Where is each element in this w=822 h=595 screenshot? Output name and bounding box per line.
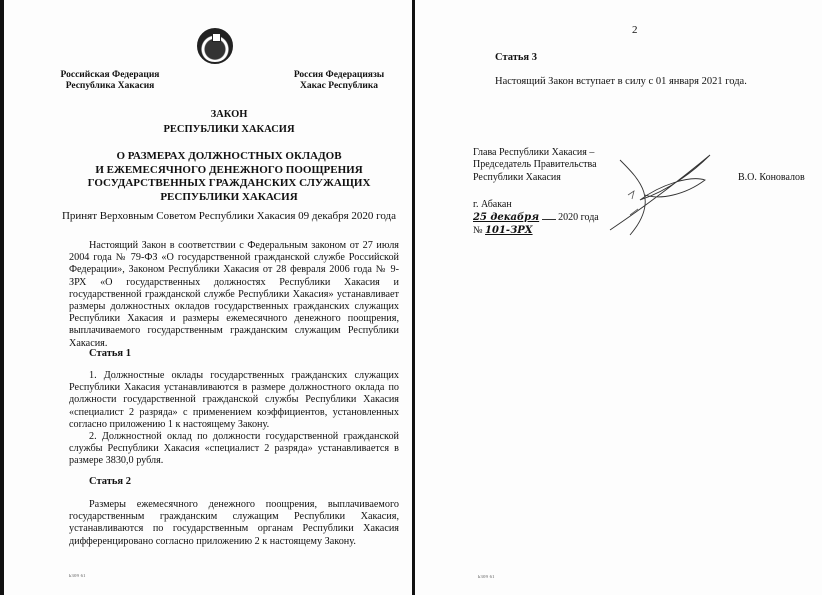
coat-of-arms-icon bbox=[197, 28, 233, 64]
footer-code-right: k309 61 bbox=[478, 574, 495, 579]
article-3-text: Настоящий Закон вступает в силу с 01 янв… bbox=[495, 76, 747, 87]
signatory-title-line: Председатель Правительства bbox=[473, 159, 597, 171]
signing-date: 25 декабря 2020 года bbox=[473, 211, 599, 224]
header-left-line2: Республика Хакасия bbox=[50, 81, 170, 92]
law-heading: ЗАКОН РЕСПУБЛИКИ ХАКАСИЯ bbox=[44, 107, 414, 137]
title-line: ГОСУДАРСТВЕННЫХ ГРАЖДАНСКИХ СЛУЖАЩИХ bbox=[44, 177, 414, 191]
title-line: О РАЗМЕРАХ ДОЛЖНОСТНЫХ ОКЛАДОВ bbox=[44, 150, 414, 164]
number-prefix: № bbox=[473, 225, 483, 236]
article-3-heading: Статья 3 bbox=[495, 52, 537, 63]
date-year: 2020 года bbox=[558, 212, 599, 223]
signing-details: г. Абакан 25 декабря 2020 года № 101-ЗРХ bbox=[473, 198, 599, 237]
header-left: Российская Федерация Республика Хакасия bbox=[50, 70, 170, 92]
signatory-title-line: Республики Хакасия bbox=[473, 172, 597, 184]
header-right: Россия Федерациязы Хакас Республика bbox=[284, 70, 394, 92]
article-2-body: Размеры ежемесячного денежного поощрения… bbox=[69, 499, 399, 548]
law-subject: РЕСПУБЛИКИ ХАКАСИЯ bbox=[44, 122, 414, 137]
adoption-note: Принят Верховным Советом Республики Хака… bbox=[44, 210, 414, 222]
signing-city: г. Абакан bbox=[473, 198, 599, 211]
handwritten-number: 101-ЗРХ bbox=[485, 225, 533, 236]
header-right-line1: Россия Федерациязы bbox=[284, 70, 394, 81]
title-line: РЕСПУБЛИКИ ХАКАСИЯ bbox=[44, 191, 414, 205]
article-2-heading: Статья 2 bbox=[89, 476, 131, 487]
signatory-title-line: Глава Республики Хакасия – bbox=[473, 147, 597, 159]
title-line: И ЕЖЕМЕСЯЧНОГО ДЕНЕЖНОГО ПООЩРЕНИЯ bbox=[44, 164, 414, 178]
footer-code: k309 61 bbox=[69, 573, 86, 578]
document-page-1: Российская Федерация Республика Хакасия … bbox=[0, 0, 412, 595]
preamble: Настоящий Закон в соответствии с Федерал… bbox=[69, 240, 399, 350]
header-right-line2: Хакас Республика bbox=[284, 81, 394, 92]
article-1-item-2: 2. Должностной оклад по должности госуда… bbox=[69, 431, 399, 468]
law-number: № 101-ЗРХ bbox=[473, 224, 599, 237]
signatory-name: В.О. Коновалов bbox=[738, 172, 805, 183]
article-1-item-1: 1. Должностные оклады государственных гр… bbox=[69, 370, 399, 431]
document-page-2 bbox=[415, 0, 822, 595]
law-label: ЗАКОН bbox=[44, 107, 414, 122]
article-1-body: 1. Должностные оклады государственных гр… bbox=[69, 370, 399, 468]
law-title: О РАЗМЕРАХ ДОЛЖНОСТНЫХ ОКЛАДОВ И ЕЖЕМЕСЯ… bbox=[44, 150, 414, 204]
header-left-line1: Российская Федерация bbox=[50, 70, 170, 81]
signatory-title: Глава Республики Хакасия – Председатель … bbox=[473, 147, 597, 184]
article-1-heading: Статья 1 bbox=[89, 348, 131, 359]
handwritten-date: 25 декабря bbox=[473, 212, 539, 223]
handwritten-signature-icon bbox=[600, 140, 720, 250]
article-2-text: Размеры ежемесячного денежного поощрения… bbox=[69, 499, 399, 548]
page-number: 2 bbox=[632, 24, 638, 36]
preamble-text: Настоящий Закон в соответствии с Федерал… bbox=[69, 240, 399, 350]
